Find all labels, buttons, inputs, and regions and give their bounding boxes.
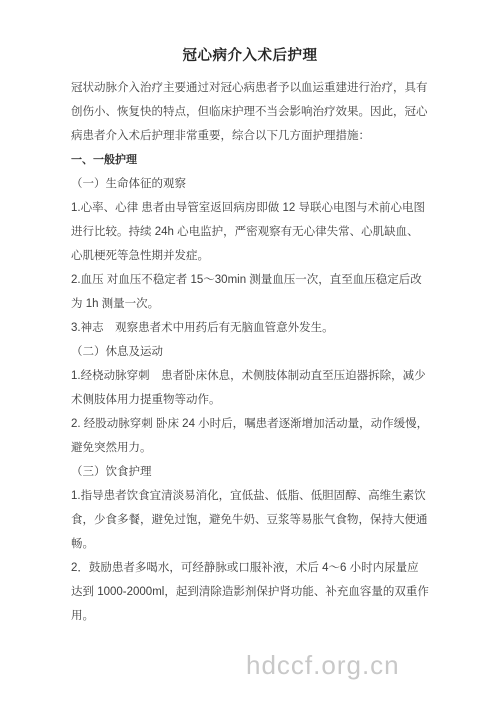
intro-paragraph: 冠状动脉介入治疗主要通过对冠心病患者予以血运重建进行治疗，具有创伤小、恢复快的特… (71, 76, 429, 148)
care-item-femoral-puncture: 2. 经股动脉穿刺 卧床 24 小时后，嘱患者逐渐增加活动量，动作缓慢，避免突然… (71, 412, 429, 460)
document-content: 冠心病介入术后护理 冠状动脉介入治疗主要通过对冠心病患者予以血运重建进行治疗，具… (0, 0, 500, 628)
site-watermark: hdccf.org.cn (246, 650, 400, 680)
section-heading-general-care: 一、一般护理 (71, 148, 429, 172)
document-title: 冠心病介入术后护理 (71, 44, 429, 68)
care-item-radial-puncture: 1.经桡动脉穿刺 患者卧床休息，术侧肢体制动直至压迫器拆除，减少术侧肢体用力提重… (71, 364, 429, 412)
subsection-heading-vital-signs: （一）生命体征的观察 (71, 172, 429, 196)
care-item-blood-pressure: 2.血压 对血压不稳定者 15～30min 测量血压一次，直至血压稳定后改为 1… (71, 268, 429, 316)
care-item-hydration: 2．鼓励患者多喝水，可经静脉或口服补液，术后 4～6 小时内尿量应达到 1000… (71, 556, 429, 628)
subsection-heading-rest-exercise: （二）休息及运动 (71, 340, 429, 364)
care-item-diet-guidance: 1.指导患者饮食宜清淡易消化，宜低盐、低脂、低胆固醇、高维生素饮食，少食多餐，避… (71, 484, 429, 556)
care-item-heart-rate: 1.心率、心律 患者由导管室返回病房即做 12 导联心电图与术前心电图进行比较。… (71, 196, 429, 268)
document-page: 冠心病介入术后护理 冠状动脉介入治疗主要通过对冠心病患者予以血运重建进行治疗，具… (0, 0, 500, 708)
subsection-heading-diet-care: （三）饮食护理 (71, 460, 429, 484)
care-item-consciousness: 3.神志 观察患者术中用药后有无脑血管意外发生。 (71, 316, 429, 340)
